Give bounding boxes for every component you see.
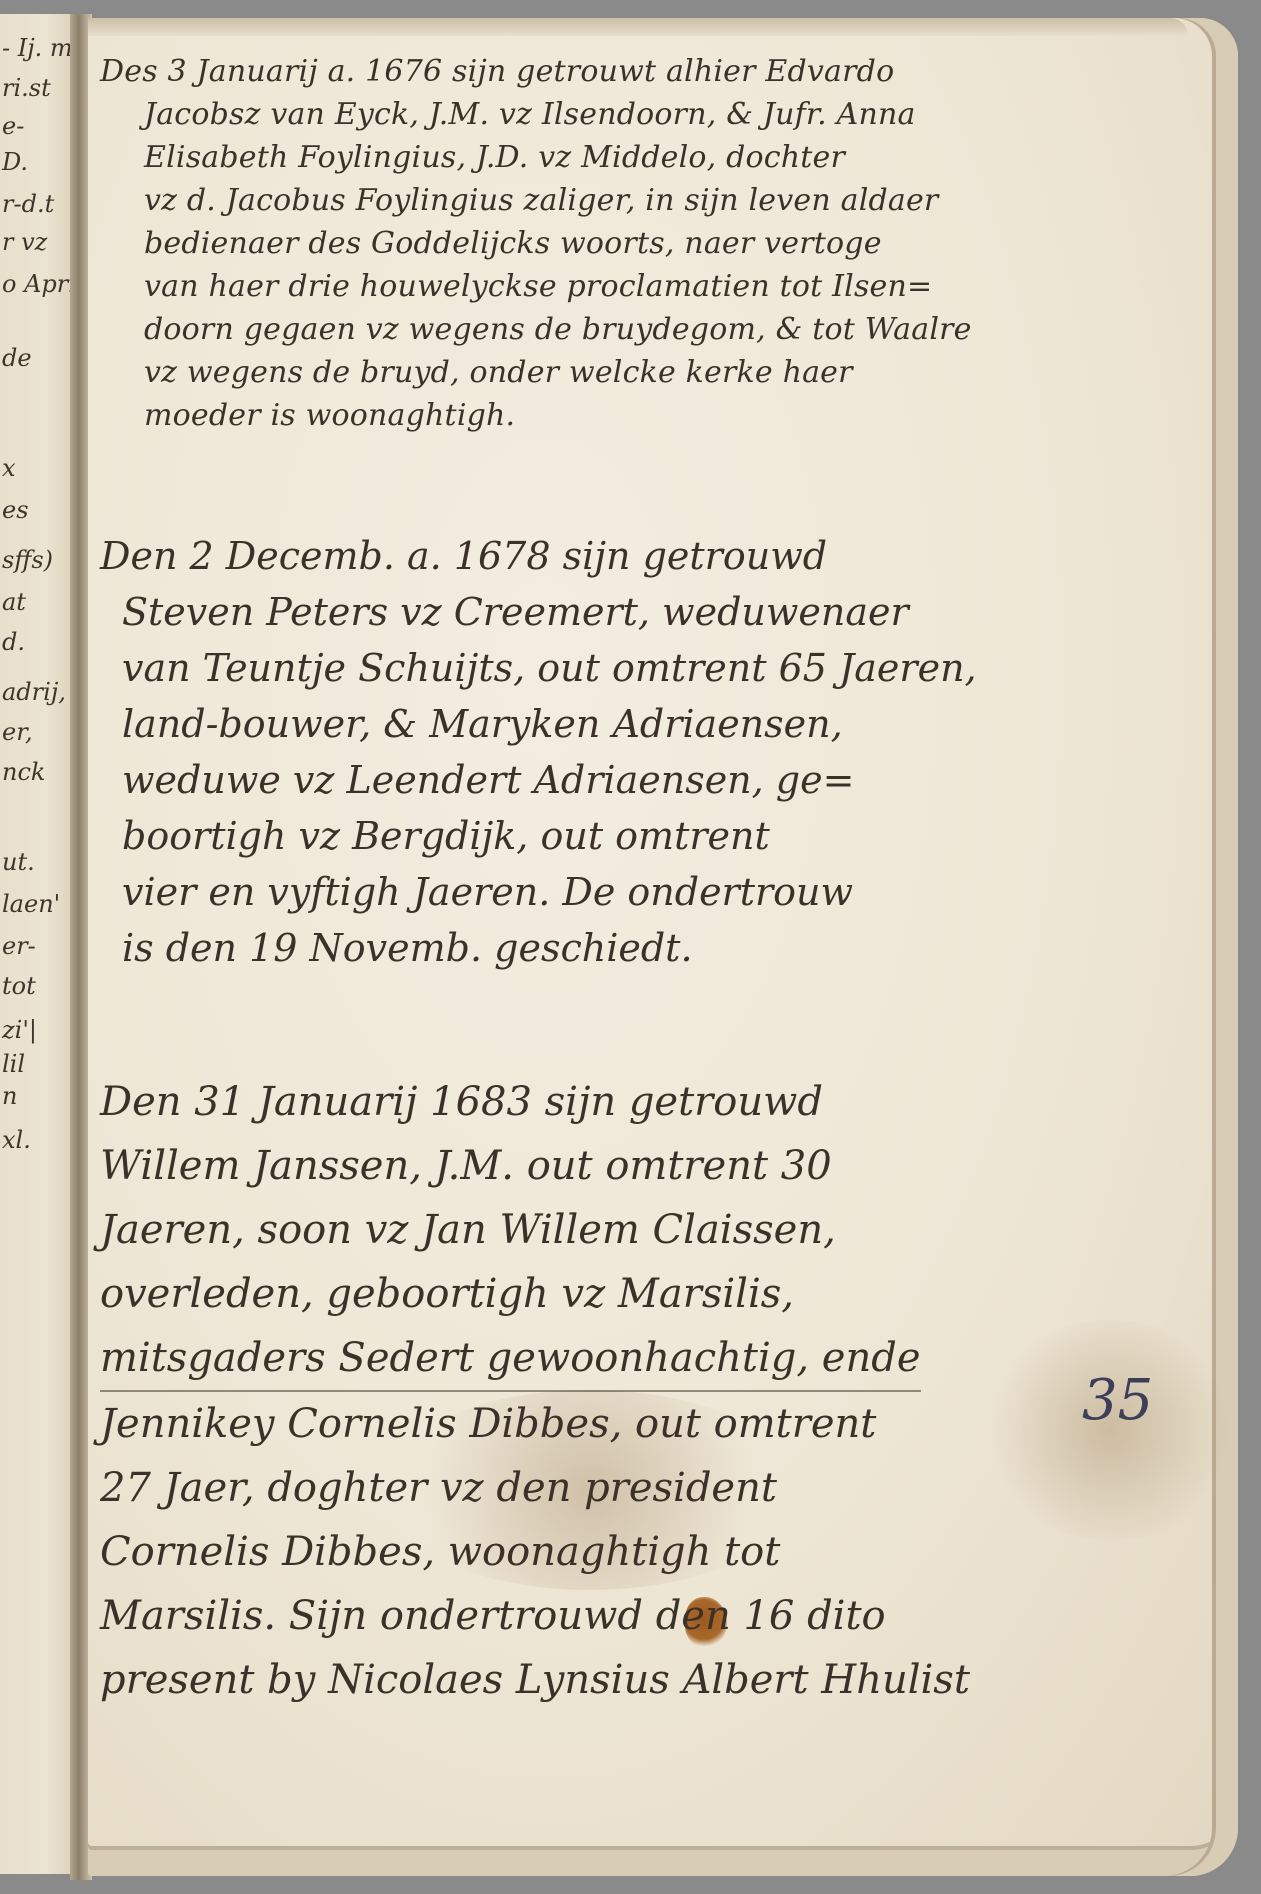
entry-line: Cornelis Dibbes, woonaghtigh tot — [100, 1520, 970, 1584]
margin-fragment: tot — [2, 972, 36, 1000]
entry-line: weduwe vz Leendert Adriaensen, ge= — [100, 752, 977, 808]
entry-line: mitsgaders Sedert gewoonhachtig, ende — [100, 1326, 921, 1392]
margin-fragment: r vz — [2, 228, 47, 256]
margin-fragment: - Ij. m — [2, 34, 73, 62]
margin-fragment: es — [2, 496, 29, 524]
margin-fragment: laen' — [2, 890, 60, 918]
entry-line: Jaeren, soon vz Jan Willem Claissen, — [100, 1198, 970, 1262]
margin-fragment: r-d.t — [2, 190, 54, 218]
marriage-entry-1678: Den 2 Decemb. a. 1678 sijn getrouwd Stev… — [100, 528, 977, 976]
entry-line: doorn gegaen vz wegens de bruydegom, & t… — [100, 308, 972, 351]
margin-fragment: de — [2, 344, 32, 372]
entry-line: Den 31 Januarij 1683 sijn getrouwd — [100, 1070, 970, 1134]
margin-fragment: x — [2, 454, 16, 482]
margin-fragment: er, — [2, 718, 33, 746]
entry-line: Elisabeth Foylingius, J.D. vz Middelo, d… — [100, 136, 972, 179]
page-top-edge — [88, 18, 1188, 36]
entry-line: Willem Janssen, J.M. out omtrent 30 — [100, 1134, 970, 1198]
entry-line: land-bouwer, & Maryken Adriaensen, — [100, 696, 977, 752]
entry-line: present by Nicolaes Lynsius Albert Hhuli… — [100, 1648, 970, 1712]
margin-fragment: n — [2, 1082, 17, 1110]
margin-fragment: at — [2, 588, 26, 616]
entry-line: vz wegens de bruyd, onder welcke kerke h… — [100, 351, 972, 394]
marriage-entry-1676: Des 3 Januarij a. 1676 sijn getrouwt alh… — [100, 50, 972, 437]
entry-line: boortigh vz Bergdijk, out omtrent — [100, 808, 977, 864]
entry-line: bedienaer des Goddelijcks woorts, naer v… — [100, 222, 972, 265]
page-number: 35 — [1082, 1368, 1153, 1433]
marriage-entry-1683: Den 31 Januarij 1683 sijn getrouwd Wille… — [100, 1070, 970, 1712]
entry-line: moeder is woonaghtigh. — [100, 394, 972, 437]
entry-line: Jennikey Cornelis Dibbes, out omtrent — [100, 1392, 970, 1456]
left-page-edge: - Ij. m ri.st e- D. r-d.t r vz o April d… — [0, 14, 76, 1874]
entry-line: vz d. Jacobus Foylingius zaliger, in sij… — [100, 179, 972, 222]
margin-fragment: lil — [2, 1050, 25, 1078]
entry-line: van haer drie houwelyckse proclamatien t… — [100, 265, 972, 308]
margin-fragment: ut. — [2, 848, 35, 876]
entry-line: van Teuntje Schuijts, out omtrent 65 Jae… — [100, 640, 977, 696]
entry-line: overleden, geboortigh vz Marsilis, — [100, 1262, 970, 1326]
margin-fragment: adrij, — [2, 678, 66, 706]
entry-line: Den 2 Decemb. a. 1678 sijn getrouwd — [100, 528, 977, 584]
margin-fragment: sffs) — [2, 546, 53, 574]
margin-fragment: D. — [2, 148, 28, 176]
margin-fragment: nck — [2, 758, 45, 786]
entry-line: vier en vyftigh Jaeren. De ondertrouw — [100, 864, 977, 920]
margin-fragment: xl. — [2, 1126, 31, 1154]
margin-fragment: ri.st — [2, 74, 51, 102]
margin-fragment: e- — [2, 112, 24, 140]
entry-line: 27 Jaer, doghter vz den president — [100, 1456, 970, 1520]
margin-fragment: d. — [2, 628, 25, 656]
entry-line: Marsilis. Sijn ondertrouwd den 16 dito — [100, 1584, 970, 1648]
entry-line: Des 3 Januarij a. 1676 sijn getrouwt alh… — [100, 50, 972, 93]
entry-line: Jacobsz van Eyck, J.M. vz Ilsendoorn, & … — [100, 93, 972, 136]
entry-line: Steven Peters vz Creemert, weduwenaer — [100, 584, 977, 640]
margin-fragment: er- — [2, 932, 36, 960]
margin-fragment: zi'| — [2, 1016, 37, 1044]
entry-line: is den 19 Novemb. geschiedt. — [100, 920, 977, 976]
